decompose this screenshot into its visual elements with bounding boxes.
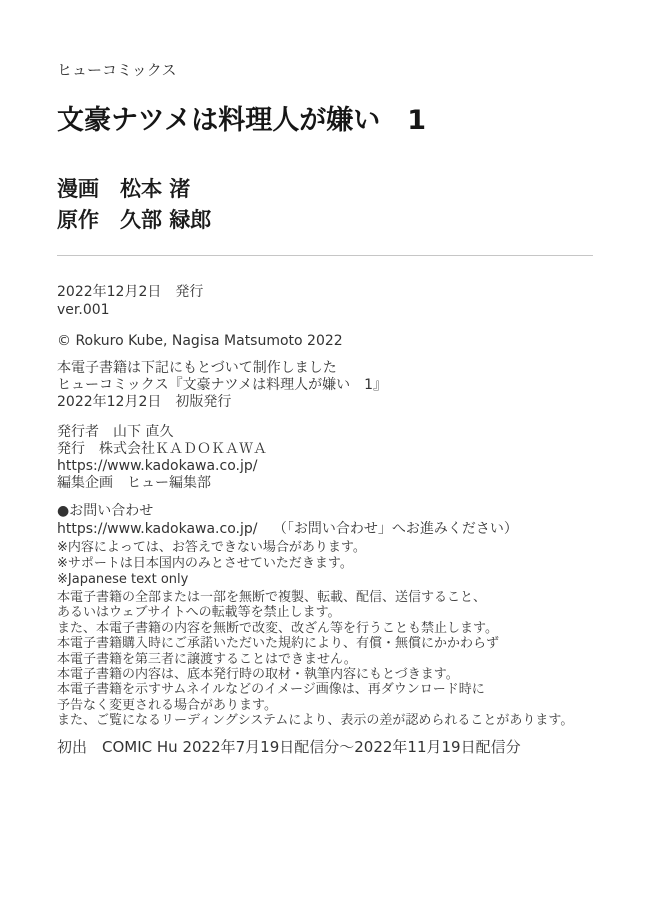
publisher-info: 発行者 山下 直久 発行 株式会社ＫＡＤＯＫＡＷＡ https://www.ka… — [57, 424, 593, 492]
contact-url-note: （「お問い合わせ」へお進みください） — [273, 521, 518, 537]
credit-role: 漫画 — [57, 177, 99, 201]
book-volume-number: 1 — [407, 105, 426, 136]
credit-row-manga-artist: 漫画松本 渚 — [57, 174, 593, 205]
source-statement-line: 本電子書籍は下記にもとづいて制作しました — [57, 360, 593, 377]
legal-line: また、本電子書籍の内容を無断で改変、改ざん等を行うことも禁止します。 — [57, 621, 593, 636]
legal-line: 本電子書籍を第三者に譲渡することはできません。 — [57, 652, 593, 667]
credits: 漫画松本 渚 原作久部 緑郎 — [57, 174, 593, 236]
legal-line: 本電子書籍の全部または一部を無断で複製、転載、配信、送信すること、 — [57, 590, 593, 605]
section-divider — [57, 255, 593, 256]
legal-line: 本電子書籍の内容は、底本発行時の取材・執筆内容にもとづきます。 — [57, 667, 593, 682]
credit-name: 久部 緑郎 — [120, 208, 211, 232]
credit-row-original-author: 原作久部 緑郎 — [57, 205, 593, 236]
book-title-text: 文豪ナツメは料理人が嫌い — [57, 105, 380, 136]
file-version: ver.001 — [57, 301, 593, 319]
source-edition-info: 本電子書籍は下記にもとづいて制作しました ヒューコミックス『文豪ナツメは料理人が… — [57, 360, 593, 411]
colophon-page: ヒューコミックス 文豪ナツメは料理人が嫌い1 漫画松本 渚 原作久部 緑郎 20… — [0, 0, 650, 924]
publisher-url: https://www.kadokawa.co.jp/ — [57, 458, 593, 475]
contact-section-heading: ●お問い合わせ — [57, 502, 593, 520]
contact-note-line: ※Japanese text only — [57, 572, 593, 588]
legal-notice: 本電子書籍の全部または一部を無断で複製、転載、配信、送信すること、 あるいはウェ… — [57, 590, 593, 729]
source-title-line: ヒューコミックス『文豪ナツメは料理人が嫌い 1』 — [57, 377, 593, 394]
credit-role: 原作 — [57, 208, 99, 232]
legal-line: また、ご覧になるリーディングシステムにより、表示の差が認められることがあります。 — [57, 713, 593, 728]
legal-line: あるいはウェブサイトへの転載等を禁止します。 — [57, 605, 593, 620]
source-first-print-line: 2022年12月2日 初版発行 — [57, 394, 593, 411]
legal-line: 本電子書籍を示すサムネイルなどのイメージ画像は、再ダウンロード時に — [57, 682, 593, 697]
contact-notes: ※内容によっては、お答えできない場合があります。 ※サポートは日本国内のみとさせ… — [57, 540, 593, 588]
legal-line: 本電子書籍購入時にご承諾いただいた規約により、有償・無償にかかわらず — [57, 636, 593, 651]
edition-info: 2022年12月2日 発行 ver.001 — [57, 283, 593, 319]
legal-line: 予告なく変更される場合があります。 — [57, 698, 593, 713]
copyright-notice: © Rokuro Kube, Nagisa Matsumoto 2022 — [57, 332, 593, 350]
credit-name: 松本 渚 — [120, 177, 190, 201]
publisher-company-line: 発行 株式会社ＫＡＤＯＫＡＷＡ — [57, 441, 593, 458]
issue-date-line: 2022年12月2日 発行 — [57, 283, 593, 301]
contact-url: https://www.kadokawa.co.jp/ — [57, 521, 257, 537]
first-publication-line: 初出 COMIC Hu 2022年7月19日配信分～2022年11月19日配信分 — [57, 738, 593, 757]
contact-url-line: https://www.kadokawa.co.jp/（「お問い合わせ」へお進み… — [57, 520, 593, 538]
editorial-planning-line: 編集企画 ヒュー編集部 — [57, 475, 593, 492]
contact-note-line: ※サポートは日本国内のみとさせていただきます。 — [57, 556, 593, 572]
publisher-person-line: 発行者 山下 直久 — [57, 424, 593, 441]
book-title: 文豪ナツメは料理人が嫌い1 — [57, 104, 593, 138]
imprint-label: ヒューコミックス — [57, 60, 593, 80]
contact-note-line: ※内容によっては、お答えできない場合があります。 — [57, 540, 593, 556]
